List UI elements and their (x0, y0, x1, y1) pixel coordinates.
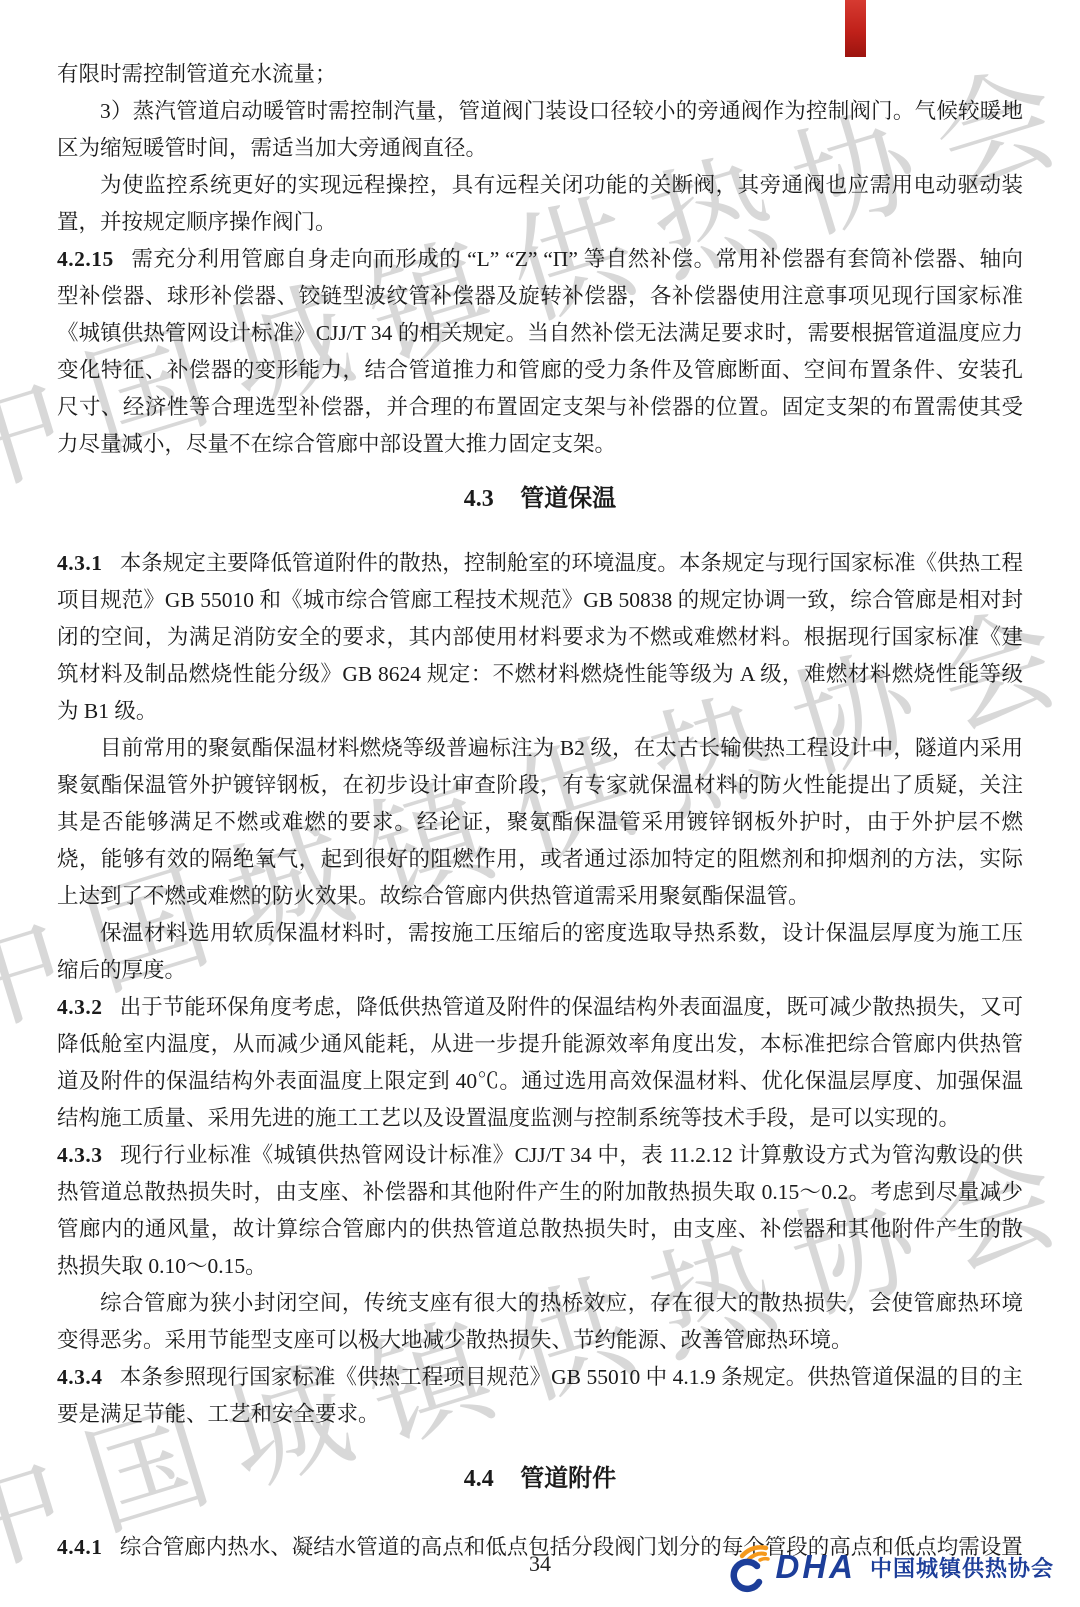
section-number: 4.4 (464, 1466, 494, 1492)
paragraph-text: 3）蒸汽管道启动暖管时需控制汽量，管道阀门装设口径较小的旁通阀作为控制阀门。气候… (57, 99, 1023, 160)
clause-text: 现行行业标准《城镇供热管网设计标准》CJJ/T 34 中，表 11.2.12 计… (57, 1143, 1023, 1278)
dha-logo-org-name: 中国城镇供热协会 (870, 1552, 1054, 1583)
paragraph-text: 为使监控系统更好的实现远程操控，具有远程关闭功能的关断阀，其旁通阀也应需用电动驱… (57, 173, 1023, 234)
document-body: 有限时需控制管道充水流量； 3）蒸汽管道启动暖管时需控制汽量，管道阀门装设口径较… (0, 0, 1080, 1566)
clause-text: 本条规定主要降低管道附件的散热，控制舱室的环境温度。本条规定与现行国家标准《供热… (57, 551, 1023, 723)
clause-number: 4.3.4 (57, 1365, 103, 1389)
paragraph-text: 综合管廊为狭小封闭空间，传统支座有很大的热桥效应，存在很大的散热损失，会使管廊热… (57, 1291, 1023, 1352)
paragraph-text: 保温材料选用软质保温材料时，需按施工压缩后的密度选取导热系数，设计保温层厚度为施… (57, 921, 1023, 982)
paragraph-text: 有限时需控制管道充水流量； (57, 62, 337, 86)
clause-number: 4.3.2 (57, 995, 103, 1019)
section-number: 4.3 (464, 486, 494, 512)
clause-number: 4.3.3 (57, 1143, 103, 1167)
section-heading-4-3: 4.3管道保温 (57, 479, 1023, 519)
paragraph: 为使监控系统更好的实现远程操控，具有远程关闭功能的关断阀，其旁通阀也应需用电动驱… (57, 167, 1023, 241)
clause-text: 本条参照现行国家标准《供热工程项目规范》GB 55010 中 4.1.9 条规定… (57, 1365, 1023, 1426)
paragraph: 目前常用的聚氨酯保温材料燃烧等级普遍标注为 B2 级，在太古长输供热工程设计中，… (57, 730, 1023, 915)
clause-number: 4.3.1 (57, 551, 103, 575)
clause-4-3-4: 4.3.4本条参照现行国家标准《供热工程项目规范》GB 55010 中 4.1.… (57, 1359, 1023, 1433)
section-title: 管道附件 (520, 1466, 616, 1492)
clause-text: 出于节能环保角度考虑，降低供热管道及附件的保温结构外表面温度，既可减少散热损失，… (57, 995, 1023, 1130)
red-bookmark-mark (845, 0, 866, 57)
clause-4-3-1: 4.3.1本条规定主要降低管道附件的散热，控制舱室的环境温度。本条规定与现行国家… (57, 545, 1023, 730)
section-heading-4-4: 4.4管道附件 (57, 1459, 1023, 1499)
paragraph: 综合管廊为狭小封闭空间，传统支座有很大的热桥效应，存在很大的散热损失，会使管廊热… (57, 1285, 1023, 1359)
clause-text: 需充分利用管廊自身走向而形成的 “L” “Z” “Π” 等自然补偿。常用补偿器有… (57, 247, 1023, 456)
clause-4-3-3: 4.3.3现行行业标准《城镇供热管网设计标准》CJJ/T 34 中，表 11.2… (57, 1137, 1023, 1285)
section-title: 管道保温 (520, 486, 616, 512)
paragraph-list-item-3: 3）蒸汽管道启动暖管时需控制汽量，管道阀门装设口径较小的旁通阀作为控制阀门。气候… (57, 93, 1023, 167)
paragraph-continuation: 有限时需控制管道充水流量； (57, 56, 1023, 93)
paragraph: 保温材料选用软质保温材料时，需按施工压缩后的密度选取导热系数，设计保温层厚度为施… (57, 915, 1023, 989)
clause-number: 4.2.15 (57, 247, 114, 271)
paragraph-text: 目前常用的聚氨酯保温材料燃烧等级普遍标注为 B2 级，在太古长输供热工程设计中，… (57, 736, 1023, 908)
document-page: 中国城镇供热协会 中国城镇供热协会 中国城镇供热协会 有限时需控制管道充水流量；… (0, 0, 1080, 1607)
clause-4-3-2: 4.3.2出于节能环保角度考虑，降低供热管道及附件的保温结构外表面温度，既可减少… (57, 989, 1023, 1137)
clause-4-2-15: 4.2.15需充分利用管廊自身走向而形成的 “L” “Z” “Π” 等自然补偿。… (57, 241, 1023, 463)
dha-logo-acronym: DHA (775, 1548, 856, 1586)
dha-logo-icon (727, 1541, 773, 1593)
dha-association-logo: DHA 中国城镇供热协会 (727, 1541, 1054, 1593)
